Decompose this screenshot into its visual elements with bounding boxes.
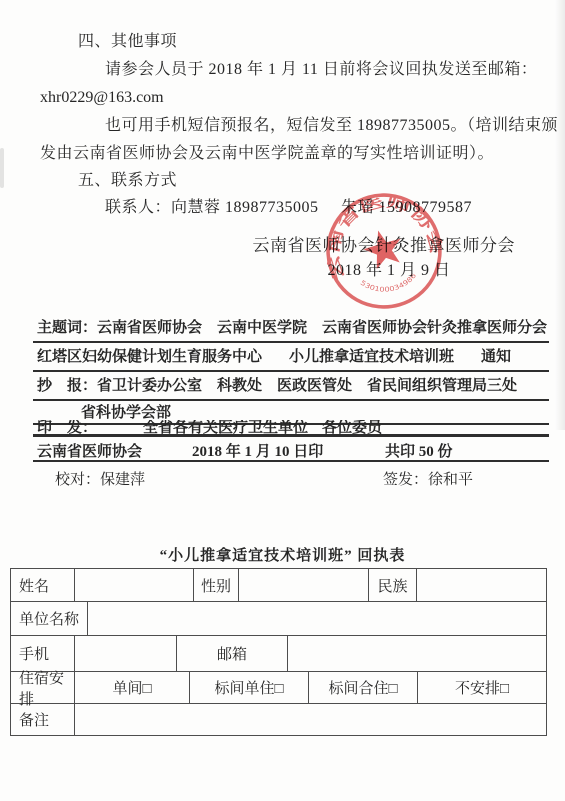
table-row: 单位名称: [11, 602, 546, 636]
section4-heading: 四、其他事项: [78, 33, 177, 50]
reply-form-title: “小儿推拿适宜技术培训班” 回执表: [0, 544, 565, 565]
scanned-notice-page: 四、其他事项 请参会人员于 2018 年 1 月 11 日前将会议回执发送至邮箱…: [0, 0, 565, 801]
option-no-arrangement: 不安排□: [418, 672, 546, 703]
seal-star-icon: [360, 225, 407, 271]
name-label: 姓名: [11, 569, 75, 601]
remark-label: 备注: [11, 704, 75, 735]
lodging-label: 住宿安排: [11, 672, 75, 703]
email-address: xhr0229@163.com: [40, 89, 164, 106]
para-sms-line2: 发由云南省医师协会及云南中医学院盖章的写实性培训证明）。: [40, 145, 494, 162]
print-to-members: 各位委员: [322, 420, 382, 437]
print-date: 2018 年 1 月 10 日印: [192, 440, 323, 461]
official-seal: 云南省医师协会 530100034986: [315, 184, 453, 319]
form-email-field: [288, 636, 546, 671]
table-row: 备注: [11, 704, 546, 735]
reply-form-table: 姓名 性别 民族 单位名称 手机 邮箱 住宿安排 单间□ 标间单住□ 标间合住□…: [10, 568, 547, 736]
print-label: 印 发：: [37, 420, 97, 437]
print-to-units: 全省各有关医疗卫生单位: [143, 420, 308, 437]
name-field: [75, 569, 194, 601]
table-row: 姓名 性别 民族: [11, 569, 546, 602]
subject-line2-left: 红塔区妇幼保健计划生育服务中心: [37, 345, 262, 370]
para-sms-line1: 也可用手机短信预报名，短信发至 18987735005。（培训结束颁: [105, 117, 558, 134]
scan-smudge-artifact: [0, 148, 4, 188]
section5-heading: 五、联系方式: [78, 172, 177, 189]
gender-label: 性别: [194, 569, 239, 601]
mobile-field: [75, 636, 177, 671]
option-single-room: 单间□: [75, 672, 190, 703]
ethnic-field: [417, 569, 546, 601]
subject-line2-right: 通知: [481, 345, 511, 370]
cc-line1: 抄 报：省卫计委办公室 科教处 医政医管处 省民间组织管理局三处: [33, 374, 549, 401]
option-standard-single: 标间单住□: [190, 672, 309, 703]
option-standard-shared: 标间合住□: [309, 672, 418, 703]
subject-line2: 红塔区妇幼保健计划生育服务中心 小儿推拿适宜技术培训班 通知: [33, 345, 549, 372]
copies-count: 共印 50 份: [385, 440, 453, 461]
form-email-label: 邮箱: [177, 636, 288, 671]
issuer-line: 云南省医师协会 2018 年 1 月 10 日印 共印 50 份: [33, 440, 549, 462]
gender-field: [239, 569, 369, 601]
print-line: 印 发： 全省各有关医疗卫生单位 各位委员: [33, 420, 549, 437]
svg-text:云南省医师协会: 云南省医师协会: [315, 184, 447, 286]
subject-line1: 主题词：云南省医师协会 云南中医学院 云南省医师协会针灸推拿医师分会: [33, 316, 549, 343]
issuer-name: 云南省医师协会: [37, 440, 142, 461]
para-email-intro: 请参会人员于 2018 年 1 月 11 日前将会议回执发送至邮箱：: [105, 61, 537, 78]
org-label: 单位名称: [11, 602, 88, 635]
remark-field: [75, 704, 546, 735]
svg-text:530100034986: 530100034986: [357, 264, 420, 301]
subject-line2-mid: 小儿推拿适宜技术培训班: [289, 345, 454, 370]
seal-registration-number: 530100034986: [357, 264, 420, 301]
scan-edge-artifact: [555, 0, 565, 430]
proofreader: 校对：保建萍: [55, 468, 145, 488]
ethnic-label: 民族: [369, 569, 417, 601]
org-field: [88, 602, 546, 635]
seal-arc-text: 云南省医师协会: [315, 184, 447, 286]
proof-sign-line: 校对：保建萍 签发：徐和平: [33, 468, 549, 488]
table-row: 住宿安排 单间□ 标间单住□ 标间合住□ 不安排□: [11, 672, 546, 704]
table-row: 手机 邮箱: [11, 636, 546, 672]
signer: 签发：徐和平: [383, 468, 473, 488]
